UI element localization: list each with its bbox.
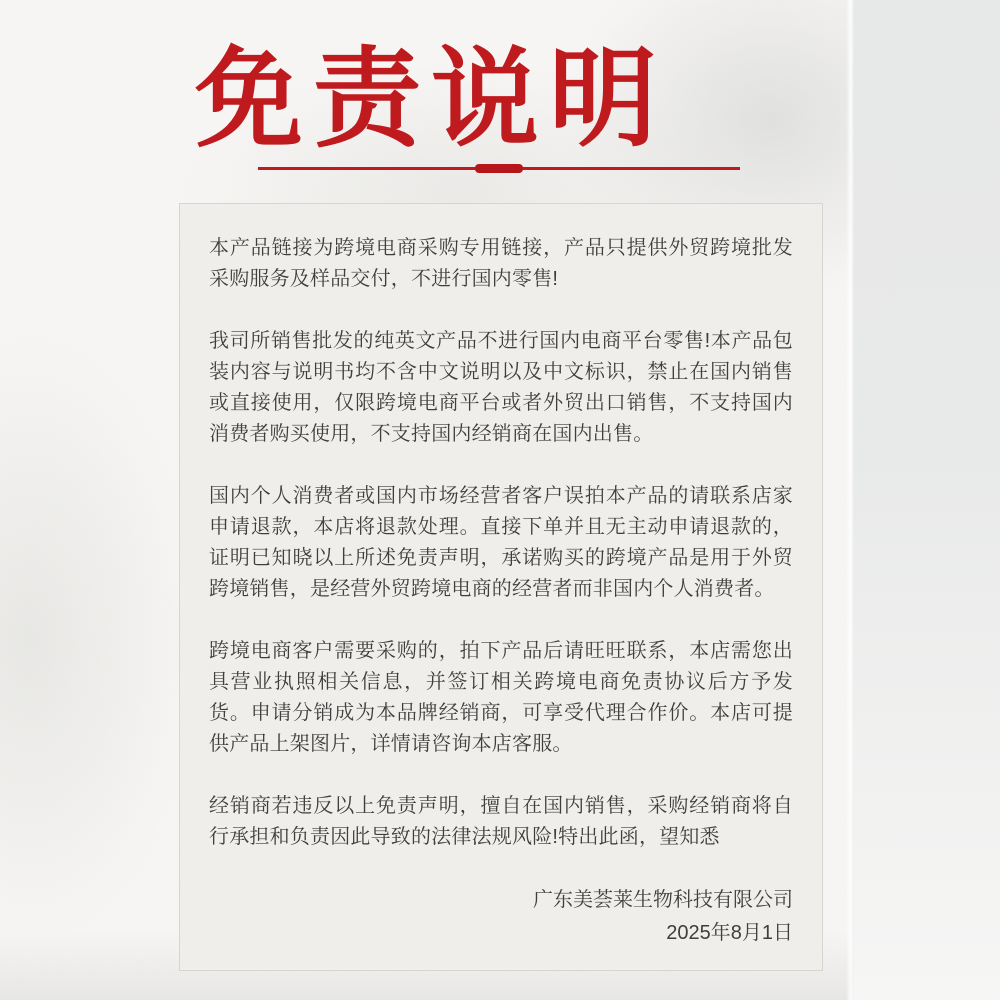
background-shade bbox=[0, 330, 200, 950]
disclaimer-paragraph-5: 经销商若违反以上免责声明，擅自在国内销售，采购经销商将自行承担和负责因此导致的法… bbox=[209, 791, 793, 853]
disclaimer-paragraph-2: 我司所销售批发的纯英文产品不进行国内电商平台零售!本产品包装内容与说明书均不含中… bbox=[209, 326, 793, 450]
underline-center-dash bbox=[475, 164, 523, 173]
disclaimer-paragraph-4: 跨境电商客户需要采购的，拍下产品后请旺旺联系，本店需您出具营业执照相关信息，并签… bbox=[209, 636, 793, 760]
signature-date: 2025年8月1日 bbox=[209, 917, 793, 950]
disclaimer-paragraph-3: 国内个人消费者或国内市场经营者客户误拍本产品的请联系店家申请退款，本店将退款处理… bbox=[209, 481, 793, 605]
signature-company: 广东美荟莱生物科技有限公司 bbox=[209, 884, 793, 917]
page-title: 免责说明 bbox=[0, 36, 852, 162]
right-gray-band bbox=[852, 0, 1000, 1000]
signature-block: 广东美荟莱生物科技有限公司 2025年8月1日 bbox=[209, 884, 793, 950]
disclaimer-paragraph-1: 本产品链接为跨境电商采购专用链接，产品只提供外贸跨境批发采购服务及样品交付，不进… bbox=[209, 233, 793, 295]
disclaimer-card: 本产品链接为跨境电商采购专用链接，产品只提供外贸跨境批发采购服务及样品交付，不进… bbox=[179, 203, 823, 971]
disclaimer-page: 免责说明 本产品链接为跨境电商采购专用链接，产品只提供外贸跨境批发采购服务及样品… bbox=[0, 0, 1000, 1000]
title-underline bbox=[258, 167, 740, 170]
